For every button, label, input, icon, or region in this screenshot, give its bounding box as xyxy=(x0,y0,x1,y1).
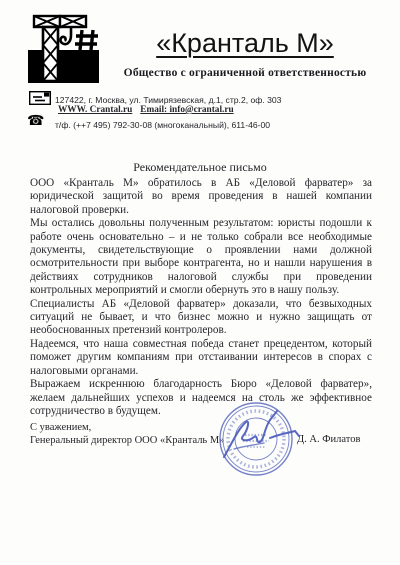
email-text: Email: info@crantal.ru xyxy=(140,105,233,115)
company-legal-form: Общество с ограниченной ответственностью xyxy=(90,67,400,79)
company-address: 127422, г. Москва, ул. Тимирязевская, д.… xyxy=(55,95,281,105)
envelope-icon xyxy=(29,91,51,105)
letter-paragraph: Выражаем искреннюю благодарность Бюро «Д… xyxy=(30,378,372,418)
letter-paragraph: ООО «Кранталь М» обратилось в АБ «Делово… xyxy=(30,177,372,217)
company-stamp xyxy=(212,399,304,481)
letter-title: Рекомендательное письмо xyxy=(0,160,400,175)
signer-name: Д. А. Филатов xyxy=(297,434,360,445)
letter-paragraph: Специалисты АБ «Деловой фарватер» доказа… xyxy=(30,298,372,338)
web-email-line: WWW. Crantal.ruEmail: info@crantal.ru xyxy=(58,105,234,115)
letter-paragraph: Надеемся, что наша совместная победа ста… xyxy=(30,338,372,378)
signer-position: Генеральный директор ООО «Кранталь М» xyxy=(30,435,224,446)
closing-line: С уважением, xyxy=(30,422,91,433)
phone-icon: ☎ xyxy=(27,114,44,128)
letter-body: ООО «Кранталь М» обратилось в АБ «Делово… xyxy=(30,177,372,418)
website-text: WWW. Crantal.ru xyxy=(58,105,132,115)
letter-paragraph: Мы остались довольны полученным результа… xyxy=(30,217,372,297)
company-name: «Кранталь М» xyxy=(90,28,400,59)
company-phone: т/ф. (++7 495) 792-30-08 (многоканальный… xyxy=(55,120,270,130)
